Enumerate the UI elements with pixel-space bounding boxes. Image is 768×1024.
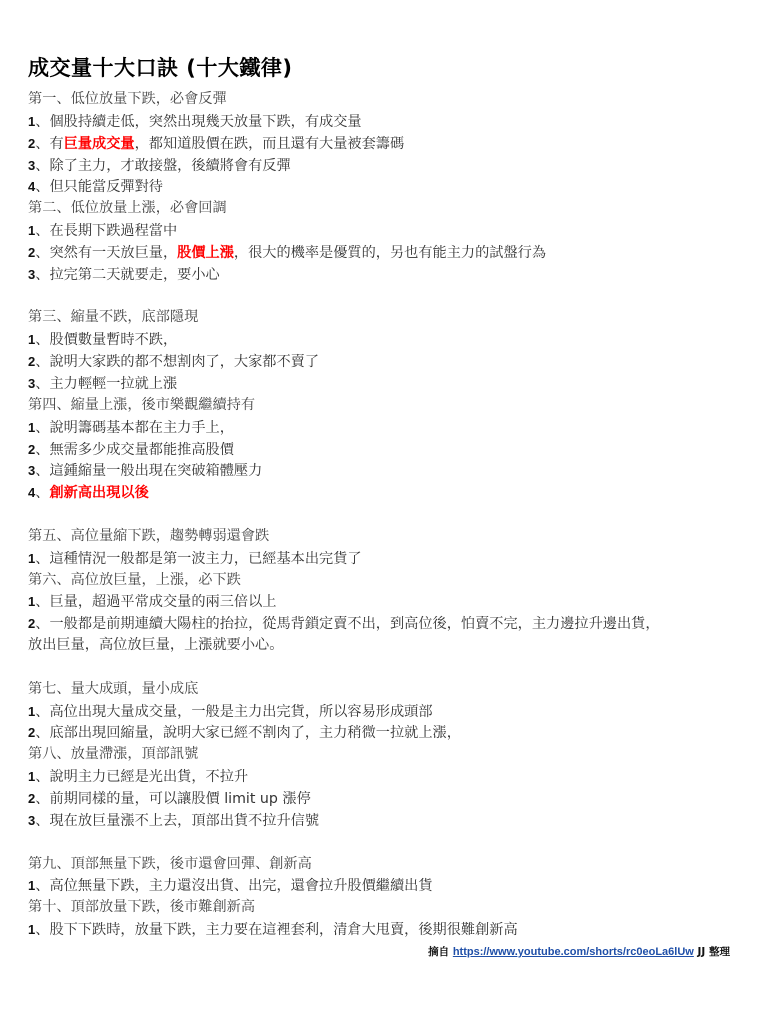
section-heading: 第十、頂部放量下跌，後市難創新高 (28, 897, 748, 919)
list-item: 2、有巨量成交量，都知道股價在跌，而且還有大量被套籌碼 (28, 133, 748, 155)
blank-line (28, 832, 748, 854)
list-item: 2、底部出現回縮量，說明大家已經不割肉了，主力稍微一拉就上漲， (28, 722, 748, 744)
list-item: 2、前期同樣的量，可以讓股價 limit up 漲停 (28, 788, 748, 810)
list-item: 3、這鍾縮量一般出現在突破箱體壓力 (28, 460, 748, 482)
section-heading: 第二、低位放量上漲，必會回調 (28, 198, 748, 220)
section-heading: 第九、頂部無量下跌，後市還會回彈、創新高 (28, 854, 748, 876)
highlighted-text: 創新高出現以後 (49, 485, 148, 501)
list-item: 3、拉完第二天就要走，要小心 (28, 264, 748, 286)
list-item: 4、但只能當反彈對待 (28, 176, 748, 198)
list-item: 1、高位出現大量成交量，一般是主力出完貨，所以容易形成頭部 (28, 701, 748, 723)
list-item: 3、主力輕輕一拉就上漲 (28, 373, 748, 395)
list-item: 1、股下下跌時，放量下跌，主力要在這裡套利，清倉大甩賣，後期很難創新高 (28, 919, 748, 941)
footer-suffix: JJ 整理 (698, 946, 730, 958)
list-item: 1、巨量，超過平常成交量的兩三倍以上 (28, 591, 748, 613)
source-footer: 摘自 https://www.youtube.com/shorts/rc0eoL… (428, 944, 730, 959)
highlighted-text: 巨量成交量 (64, 136, 135, 152)
list-item: 1、個股持續走低，突然出現幾天放量下跌，有成交量 (28, 111, 748, 133)
page-title: 成交量十大口訣 (十大鐵律) (28, 52, 293, 82)
list-item: 1、在長期下跌過程當中 (28, 220, 748, 242)
section-heading: 第五、高位量縮下跌，趨勢轉弱還會跌 (28, 526, 748, 548)
source-link[interactable]: https://www.youtube.com/shorts/rc0eoLa6l… (453, 946, 694, 958)
list-item: 2、突然有一天放巨量，股價上漲，很大的機率是優質的，另也有能主力的試盤行為 (28, 242, 748, 264)
section-heading: 第四、縮量上漲，後市樂觀繼續持有 (28, 395, 748, 417)
section-heading: 第三、縮量不跌，底部隱現 (28, 307, 748, 329)
highlighted-text: 股價上漲 (177, 245, 234, 261)
list-item: 1、說明籌碼基本都在主力手上， (28, 417, 748, 439)
list-item: 3、除了主力，才敢接盤，後續將會有反彈 (28, 155, 748, 177)
document-body: 第一、低位放量下跌，必會反彈 1、個股持續走低，突然出現幾天放量下跌，有成交量 … (28, 89, 748, 941)
list-item: 2、說明大家跌的都不想割肉了，大家都不賣了 (28, 351, 748, 373)
section-heading: 第一、低位放量下跌，必會反彈 (28, 89, 748, 111)
list-item: 1、說明主力已經是光出貨，不拉升 (28, 766, 748, 788)
footer-prefix: 摘自 (428, 946, 449, 958)
list-item-continuation: 放出巨量，高位放巨量，上漲就要小心。 (28, 635, 748, 657)
list-item: 2、一般都是前期連續大陽柱的抬拉，從馬背鎖定賣不出，到高位後，怕賣不完，主力邊拉… (28, 613, 748, 635)
blank-line (28, 504, 748, 526)
section-heading: 第八、放量滯漲，頂部訊號 (28, 744, 748, 766)
list-item: 1、這種情況一般都是第一波主力，已經基本出完貨了 (28, 548, 748, 570)
list-item: 1、股價數量暫時不跌， (28, 329, 748, 351)
section-heading: 第七、量大成頭，量小成底 (28, 679, 748, 701)
list-item: 1、高位無量下跌，主力還沒出貨、出完，還會拉升股價繼續出貨 (28, 875, 748, 897)
blank-line (28, 657, 748, 679)
list-item: 3、現在放巨量漲不上去，頂部出貨不拉升信號 (28, 810, 748, 832)
section-heading: 第六、高位放巨量，上漲，必下跌 (28, 570, 748, 592)
list-item: 4、創新高出現以後 (28, 482, 748, 504)
list-item: 2、無需多少成交量都能推高股價 (28, 439, 748, 461)
blank-line (28, 286, 748, 308)
